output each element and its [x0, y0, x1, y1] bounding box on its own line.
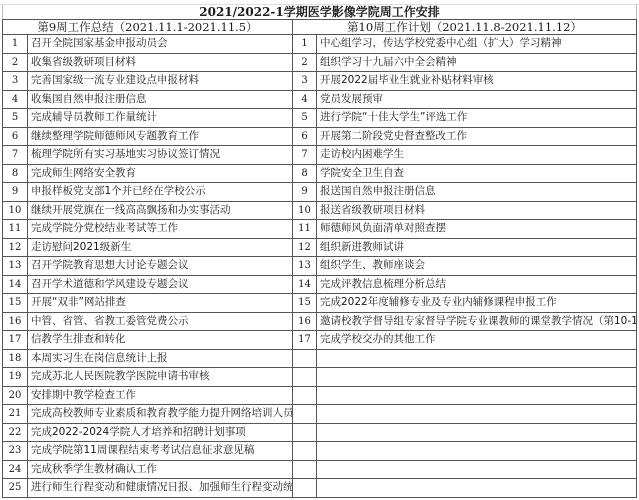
- table-row: 7梳理学院所有实习基地实习协议签订情况7走访校内困难学生: [3, 146, 637, 165]
- table-row: 24完成秋季学生教材确认工作: [3, 460, 637, 479]
- left-item-text[interactable]: 召开全院国家基金申报动员会: [28, 35, 293, 54]
- left-item-text[interactable]: 继续开展党旗在一线高高飘扬和办实事活动: [28, 201, 293, 220]
- table-row: 16中管、省管、省教工委管党费公示16邀请校教学督导组专家督导学院专业课教师的课…: [3, 312, 637, 331]
- table-row: 12走访慰问2021级新生12组织新进教师试讲: [3, 238, 637, 257]
- left-item-text[interactable]: 继续整理学院师德师风专题教育工作: [28, 127, 293, 146]
- table-row: 2收集省级教研项目材料2组织学习十九届六中全会精神: [3, 53, 637, 72]
- table-row: 21完成高校教师专业素质和教育教学能力提升网络培训人员安排: [3, 405, 637, 424]
- left-item-text[interactable]: 召开学术道德和学风建设专题会议: [28, 275, 293, 294]
- right-item-text[interactable]: 开展2022届毕业生就业补贴材料审核: [317, 72, 637, 91]
- left-item-number[interactable]: 2: [3, 53, 28, 72]
- right-item-number[interactable]: [293, 423, 317, 442]
- right-item-number[interactable]: 16: [293, 312, 317, 331]
- left-item-number[interactable]: 20: [3, 386, 28, 405]
- left-item-text[interactable]: 开展“双非”网站排查: [28, 294, 293, 313]
- left-item-number[interactable]: 25: [3, 479, 28, 498]
- left-item-text[interactable]: 完成辅导员教师工作量统计: [28, 109, 293, 128]
- left-item-text[interactable]: 完成师生网络安全教育: [28, 164, 293, 183]
- left-item-text[interactable]: 申报样板党支部1个并已经在学校公示: [28, 183, 293, 202]
- table-row: 13召开学院教育思想大讨论专题会议13组织学生、教师座谈会: [3, 257, 637, 276]
- right-item-number[interactable]: 8: [293, 164, 317, 183]
- left-item-text[interactable]: 收集省级教研项目材料: [28, 53, 293, 72]
- left-item-text[interactable]: 完成秋季学生教材确认工作: [28, 460, 293, 479]
- left-item-number[interactable]: 12: [3, 238, 28, 257]
- right-item-text[interactable]: 报送省级教研项目材料: [317, 201, 637, 220]
- left-item-number[interactable]: 15: [3, 294, 28, 313]
- right-item-text[interactable]: [317, 423, 637, 442]
- right-item-number[interactable]: 7: [293, 146, 317, 165]
- right-item-number[interactable]: 10: [293, 201, 317, 220]
- right-item-text[interactable]: 走访校内困难学生: [317, 146, 637, 165]
- left-item-text[interactable]: 完成2022-2024学院人才培养和招聘计划事项: [28, 423, 293, 442]
- right-item-number[interactable]: 17: [293, 331, 317, 350]
- right-item-text[interactable]: 邀请校教学督导组专家督导学院专业课教师的课堂教学情况（第10-12W）: [317, 312, 637, 331]
- left-item-text[interactable]: 进行师生行程变动和健康情况日报、加强师生行程变动统计: [28, 479, 293, 498]
- right-item-text[interactable]: 党员发展预审: [317, 90, 637, 109]
- left-section-header[interactable]: 第9周工作总结（2021.11.1-2021.11.5）: [3, 20, 293, 35]
- table-row: 4收集国自然申报注册信息4党员发展预审: [3, 90, 637, 109]
- table-row: 20安排期中教学检查工作: [3, 386, 637, 405]
- title-row: 2021/2022-1学期医学影像学院周工作安排: [3, 5, 637, 20]
- table-row: 8完成师生网络安全教育8学院安全卫生自查: [3, 164, 637, 183]
- left-item-text[interactable]: 召开学院教育思想大讨论专题会议: [28, 257, 293, 276]
- right-item-number[interactable]: [293, 460, 317, 479]
- right-item-number[interactable]: 14: [293, 275, 317, 294]
- right-item-number[interactable]: [293, 405, 317, 424]
- right-item-number[interactable]: [293, 479, 317, 498]
- table-row: 11完成学院分党校结业考试等工作11师德师风负面清单对照查摆: [3, 220, 637, 239]
- table-row: 10继续开展党旗在一线高高飘扬和办实事活动10报送省级教研项目材料: [3, 201, 637, 220]
- left-item-number[interactable]: 3: [3, 72, 28, 91]
- table-row: 19完成苏北人民医院教学医院申请书审核: [3, 368, 637, 387]
- right-item-text[interactable]: 报送国自然申报注册信息: [317, 183, 637, 202]
- left-item-text[interactable]: 安排期中教学检查工作: [28, 386, 293, 405]
- left-item-number[interactable]: 13: [3, 257, 28, 276]
- right-item-number[interactable]: 15: [293, 294, 317, 313]
- left-item-text[interactable]: 完善国家级一流专业建设点申报材料: [28, 72, 293, 91]
- left-item-number[interactable]: 22: [3, 423, 28, 442]
- right-item-number[interactable]: 9: [293, 183, 317, 202]
- left-item-number[interactable]: 18: [3, 349, 28, 368]
- table-row: 17信教学生排查和转化17完成学校交办的其他工作: [3, 331, 637, 350]
- table-row: 18本周实习生在岗信息统计上报: [3, 349, 637, 368]
- right-item-text[interactable]: 师德师风负面清单对照查摆: [317, 220, 637, 239]
- right-item-number[interactable]: 6: [293, 127, 317, 146]
- right-item-text[interactable]: 进行学院“十佳大学生”评选工作: [317, 109, 637, 128]
- left-item-number[interactable]: 5: [3, 109, 28, 128]
- right-item-text[interactable]: 完成学校交办的其他工作: [317, 331, 637, 350]
- left-item-number[interactable]: 4: [3, 90, 28, 109]
- left-item-number[interactable]: 17: [3, 331, 28, 350]
- left-item-text[interactable]: 梳理学院所有实习基地实习协议签订情况: [28, 146, 293, 165]
- right-item-text[interactable]: 完成2022年度辅修专业及专业内辅修课程申报工作: [317, 294, 637, 313]
- table-row: 3完善国家级一流专业建设点申报材料3开展2022届毕业生就业补贴材料审核: [3, 72, 637, 91]
- right-item-number[interactable]: 2: [293, 53, 317, 72]
- table-row: 5完成辅导员教师工作量统计5进行学院“十佳大学生”评选工作: [3, 109, 637, 128]
- right-item-number[interactable]: 4: [293, 90, 317, 109]
- right-item-text[interactable]: [317, 368, 637, 387]
- right-section-header[interactable]: 第10周工作计划（2021.11.8-2021.11.12）: [293, 20, 637, 35]
- right-item-text[interactable]: [317, 405, 637, 424]
- left-item-number[interactable]: 7: [3, 146, 28, 165]
- left-item-number[interactable]: 8: [3, 164, 28, 183]
- right-item-number[interactable]: [293, 368, 317, 387]
- table-row: 1召开全院国家基金申报动员会1中心组学习，传达学校党委中心组（扩大）学习精神: [3, 35, 637, 54]
- left-item-text[interactable]: 完成高校教师专业素质和教育教学能力提升网络培训人员安排: [28, 405, 293, 424]
- spreadsheet: 2021/2022-1学期医学影像学院周工作安排 第9周工作总结（2021.11…: [0, 0, 639, 500]
- left-item-number[interactable]: 23: [3, 442, 28, 461]
- right-item-text[interactable]: [317, 349, 637, 368]
- right-item-number[interactable]: 3: [293, 72, 317, 91]
- right-item-text[interactable]: [317, 479, 637, 498]
- right-item-number[interactable]: [293, 349, 317, 368]
- header-row: 第9周工作总结（2021.11.1-2021.11.5） 第10周工作计划（20…: [3, 20, 637, 35]
- right-item-text[interactable]: [317, 386, 637, 405]
- left-item-text[interactable]: 完成学院第11周课程结束考考试信息征求意见稿: [28, 442, 293, 461]
- left-item-number[interactable]: 9: [3, 183, 28, 202]
- left-item-text[interactable]: 信教学生排查和转化: [28, 331, 293, 350]
- left-item-number[interactable]: 24: [3, 460, 28, 479]
- table-row: 22完成2022-2024学院人才培养和招聘计划事项: [3, 423, 637, 442]
- right-item-number[interactable]: 13: [293, 257, 317, 276]
- left-item-number[interactable]: 10: [3, 201, 28, 220]
- left-item-text[interactable]: 中管、省管、省教工委管党费公示: [28, 312, 293, 331]
- table-row: 14召开学术道德和学风建设专题会议14完成评教信息梳理分析总结: [3, 275, 637, 294]
- table-row: 23完成学院第11周课程结束考考试信息征求意见稿: [3, 442, 637, 461]
- right-item-text[interactable]: 完成评教信息梳理分析总结: [317, 275, 637, 294]
- right-item-number[interactable]: 12: [293, 238, 317, 257]
- table-row: 6继续整理学院师德师风专题教育工作6开展第二阶段党史督查整改工作: [3, 127, 637, 146]
- left-item-number[interactable]: 1: [3, 35, 28, 54]
- right-item-number[interactable]: 1: [293, 35, 317, 54]
- right-item-number[interactable]: 5: [293, 109, 317, 128]
- right-item-text[interactable]: 开展第二阶段党史督查整改工作: [317, 127, 637, 146]
- left-item-text[interactable]: 完成学院分党校结业考试等工作: [28, 220, 293, 239]
- right-item-text[interactable]: 组织新进教师试讲: [317, 238, 637, 257]
- left-item-text[interactable]: 走访慰问2021级新生: [28, 238, 293, 257]
- left-item-number[interactable]: 11: [3, 220, 28, 239]
- left-item-number[interactable]: 19: [3, 368, 28, 387]
- left-item-text[interactable]: 本周实习生在岗信息统计上报: [28, 349, 293, 368]
- left-item-number[interactable]: 16: [3, 312, 28, 331]
- right-item-text[interactable]: [317, 460, 637, 479]
- weekly-schedule-table: 2021/2022-1学期医学影像学院周工作安排 第9周工作总结（2021.11…: [2, 4, 637, 498]
- right-item-text[interactable]: 组织学习十九届六中全会精神: [317, 53, 637, 72]
- left-item-number[interactable]: 21: [3, 405, 28, 424]
- right-item-number[interactable]: 11: [293, 220, 317, 239]
- table-row: 15开展“双非”网站排查15完成2022年度辅修专业及专业内辅修课程申报工作: [3, 294, 637, 313]
- right-item-number[interactable]: [293, 442, 317, 461]
- table-row: 25进行师生行程变动和健康情况日报、加强师生行程变动统计: [3, 479, 637, 498]
- right-item-text[interactable]: [317, 442, 637, 461]
- left-item-number[interactable]: 14: [3, 275, 28, 294]
- right-item-number[interactable]: [293, 386, 317, 405]
- left-item-number[interactable]: 6: [3, 127, 28, 146]
- left-item-text[interactable]: 收集国自然申报注册信息: [28, 90, 293, 109]
- page-title[interactable]: 2021/2022-1学期医学影像学院周工作安排: [3, 5, 637, 20]
- right-item-text[interactable]: 组织学生、教师座谈会: [317, 257, 637, 276]
- left-item-text[interactable]: 完成苏北人民医院教学医院申请书审核: [28, 368, 293, 387]
- right-item-text[interactable]: 学院安全卫生自查: [317, 164, 637, 183]
- right-item-text[interactable]: 中心组学习，传达学校党委中心组（扩大）学习精神: [317, 35, 637, 54]
- table-row: 9申报样板党支部1个并已经在学校公示9报送国自然申报注册信息: [3, 183, 637, 202]
